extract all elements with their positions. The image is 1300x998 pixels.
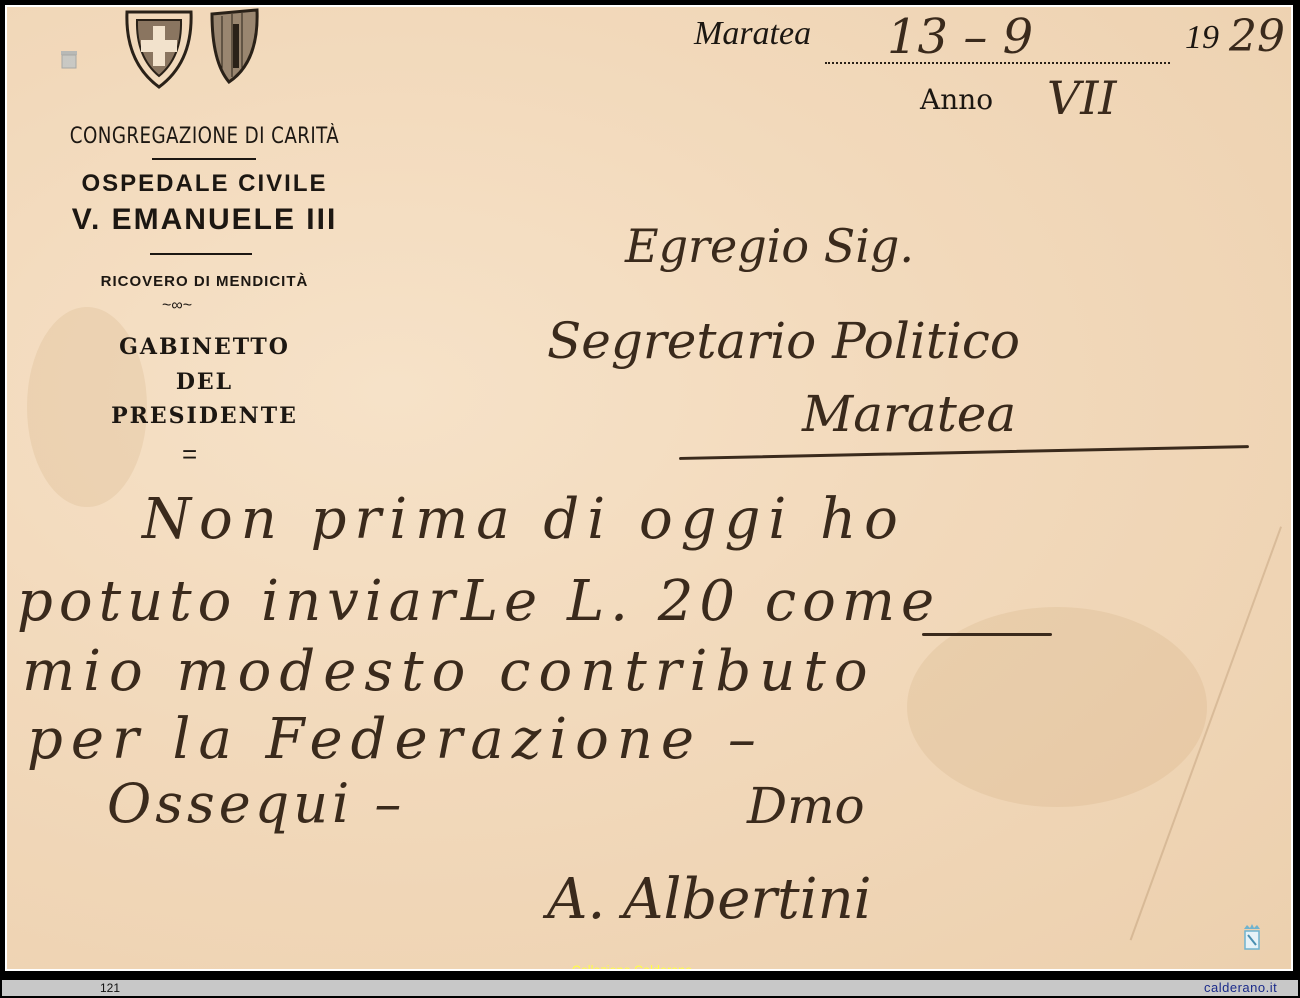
- year-handwritten: 29: [1229, 11, 1285, 62]
- collection-watermark: Collezione Calderano: [572, 962, 692, 971]
- letterhead-rule: [152, 158, 256, 160]
- letterhead-office-line3: PRESIDENTE: [7, 403, 402, 429]
- closing: Ossequi –: [107, 772, 405, 835]
- body-line4: per la Federazione –: [27, 707, 764, 772]
- ornament-flourish-icon: ~∞~: [162, 297, 192, 315]
- crest-corner-icon: [1242, 923, 1262, 951]
- footer-inner: 121 calderano.it: [2, 980, 1298, 996]
- underline-flourish: [679, 445, 1249, 460]
- coat-of-arms-icon: [117, 5, 277, 97]
- salutation-line3: Maratea: [802, 385, 1016, 443]
- double-rule: =: [182, 439, 197, 470]
- date-handwritten: 13 – 9: [887, 9, 1033, 65]
- paper-stain: [907, 607, 1207, 807]
- signature: A. Albertini: [547, 867, 872, 932]
- salutation-line2: Segretario Politico: [547, 312, 1020, 370]
- anno-label: Anno: [920, 83, 993, 116]
- anno-value: VII: [1047, 71, 1117, 125]
- body-line3: mio modesto contributo: [22, 639, 876, 704]
- letterhead-hospital-line1: OSPEDALE CIVILE: [7, 170, 402, 198]
- crest-watermark-icon: [57, 47, 81, 71]
- body-line1: Non prima di oggi ho: [142, 487, 906, 552]
- letter-paper: CONGREGAZIONE DI CARITÀ OSPEDALE CIVILE …: [5, 5, 1293, 971]
- letterhead-office-line2: DEL: [7, 369, 402, 395]
- salutation-line1: Egregio Sig.: [625, 219, 914, 273]
- amount-underline: [922, 633, 1052, 636]
- year-printed: 19: [1185, 19, 1219, 57]
- site-link[interactable]: calderano.it: [1204, 980, 1277, 995]
- page-number: 121: [100, 981, 120, 995]
- letterhead-subtitle: RICOVERO DI MENDICITÀ: [7, 273, 402, 290]
- body-line2: potuto inviarLe L. 20 come: [17, 569, 940, 634]
- dateline-place: Maratea: [694, 15, 811, 53]
- letterhead-hospital-line2: V. EMANUELE III: [7, 203, 402, 237]
- letterhead-rule: [150, 253, 252, 255]
- closing-abbrev: Dmo: [747, 777, 865, 835]
- letterhead-organization: CONGREGAZIONE DI CARITÀ: [41, 124, 369, 149]
- footer-bar: 121 calderano.it: [0, 978, 1300, 998]
- letterhead-office-line1: GABINETTO: [7, 334, 402, 360]
- document-frame: CONGREGAZIONE DI CARITÀ OSPEDALE CIVILE …: [0, 0, 1300, 978]
